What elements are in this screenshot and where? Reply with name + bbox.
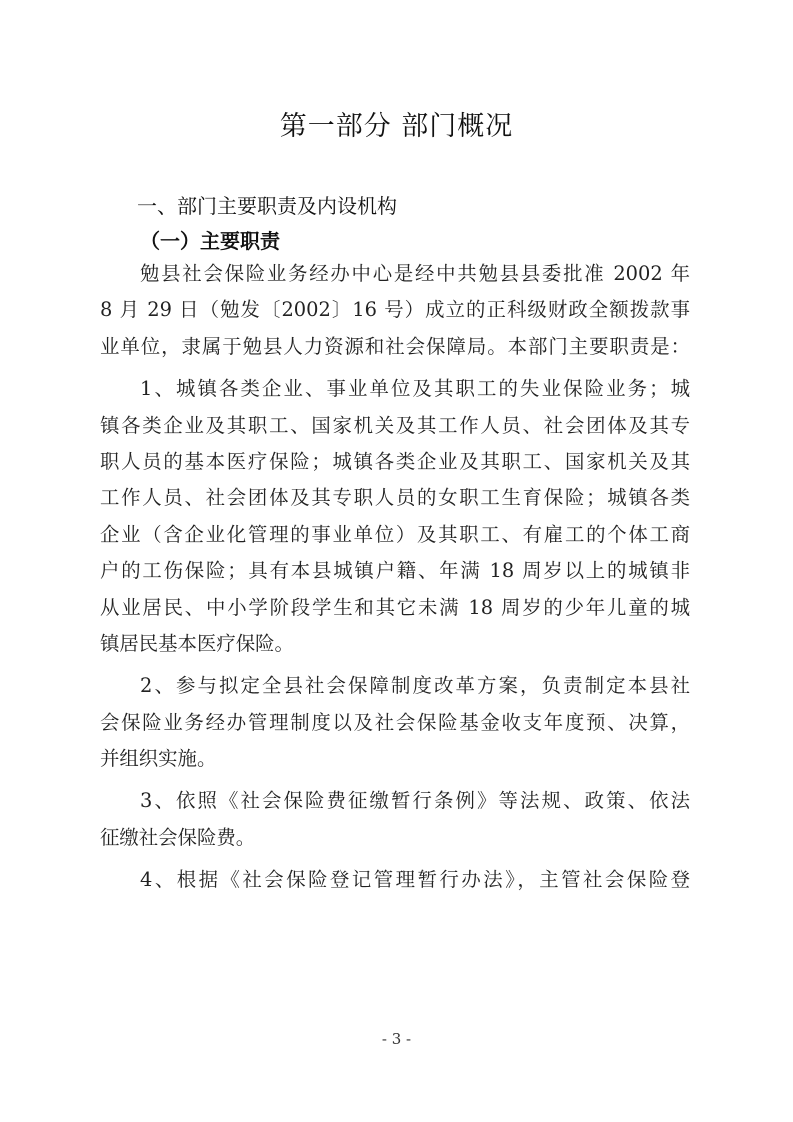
body-text: 勉县社会保险业务经办中心是经中共勉县县委批准 2002 年 8 月 29 日（勉… [100, 256, 690, 899]
text-line: 会保险业务经办管理制度以及社会保险基金收支年度预、决算， [100, 705, 690, 741]
page-number: - 3 - [0, 1030, 793, 1048]
text-line: 8 月 29 日（勉发〔2002〕16 号）成立的正科级财政全额拨款事 [100, 292, 690, 328]
text-line: 企业（含企业化管理的事业单位）及其职工、有雇工的个体工商 [100, 517, 690, 553]
page-title: 第一部分 部门概况 [0, 104, 793, 143]
section-heading: 一、部门主要职责及内设机构 [137, 190, 397, 219]
text-line: 勉县社会保险业务经办中心是经中共勉县县委批准 2002 年 [100, 256, 690, 292]
text-line: 工作人员、社会团体及其专职人员的女职工生育保险；城镇各类 [100, 480, 690, 516]
subsection-heading: （一）主要职责 [140, 225, 280, 254]
text-line: 1、城镇各类企业、事业单位及其职工的失业保险业务；城 [100, 371, 690, 407]
text-line: 4、根据《社会保险登记管理暂行办法》，主管社会保险登 [100, 862, 690, 898]
document-page: 第一部分 部门概况 一、部门主要职责及内设机构 （一）主要职责 勉县社会保险业务… [0, 0, 793, 1122]
paragraph-duty-4: 4、根据《社会保险登记管理暂行办法》，主管社会保险登 [100, 862, 690, 898]
text-line: 征缴社会保险费。 [100, 820, 690, 856]
text-line: 镇各类企业及其职工、国家机关及其工作人员、社会团体及其专 [100, 408, 690, 444]
paragraph-duty-2: 2、参与拟定全县社会保障制度改革方案，负责制定本县社 会保险业务经办管理制度以及… [100, 668, 690, 777]
text-line: 2、参与拟定全县社会保障制度改革方案，负责制定本县社 [100, 668, 690, 704]
text-line: 户的工伤保险；具有本县城镇户籍、年满 18 周岁以上的城镇非 [100, 553, 690, 589]
text-line: 镇居民基本医疗保险。 [100, 626, 690, 662]
paragraph-duty-1: 1、城镇各类企业、事业单位及其职工的失业保险业务；城 镇各类企业及其职工、国家机… [100, 371, 690, 662]
text-line: 3、依照《社会保险费征缴暂行条例》等法规、政策、依法 [100, 783, 690, 819]
paragraph-intro: 勉县社会保险业务经办中心是经中共勉县县委批准 2002 年 8 月 29 日（勉… [100, 256, 690, 365]
paragraph-duty-3: 3、依照《社会保险费征缴暂行条例》等法规、政策、依法 征缴社会保险费。 [100, 783, 690, 856]
text-line: 从业居民、中小学阶段学生和其它未满 18 周岁的少年儿童的城 [100, 590, 690, 626]
text-line: 职人员的基本医疗保险；城镇各类企业及其职工、国家机关及其 [100, 444, 690, 480]
text-line: 业单位，隶属于勉县人力资源和社会保障局。本部门主要职责是： [100, 329, 690, 365]
text-line: 并组织实施。 [100, 741, 690, 777]
